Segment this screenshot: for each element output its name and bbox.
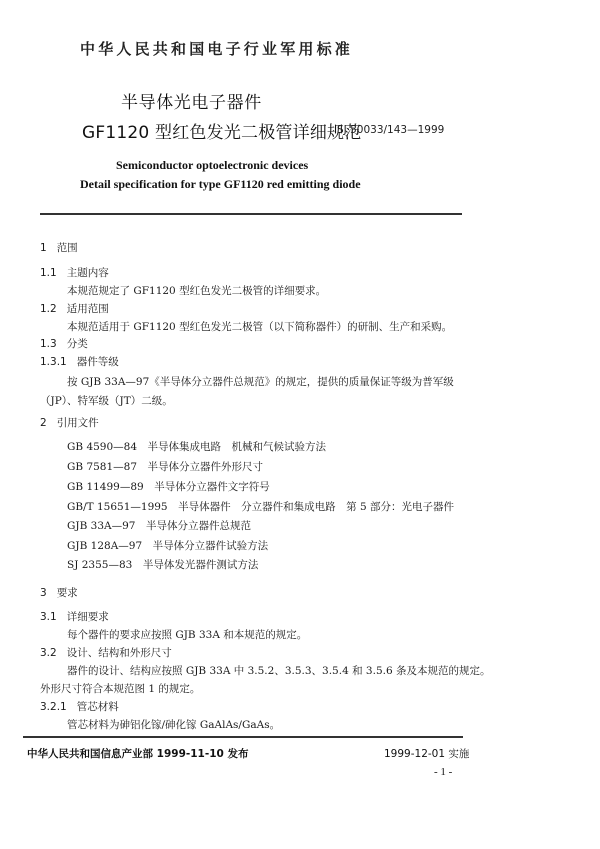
section-1-2-heading: 1.2适用范围 xyxy=(40,301,109,316)
standard-category-header: 中华人民共和国电子行业军用标准 xyxy=(80,38,353,59)
section-title: 管芯材料 xyxy=(77,701,119,713)
title-cn-line2: GF1120 型红色发光二极管详细规范 xyxy=(82,118,361,143)
section-3-2-heading: 3.2设计、结构和外形尺寸 xyxy=(40,645,172,660)
section-number: 1.1 xyxy=(40,267,57,279)
section-number: 3.1 xyxy=(40,611,57,623)
section-title: 主题内容 xyxy=(67,267,109,279)
section-3-heading: 3要求 xyxy=(40,585,78,600)
section-number: 3 xyxy=(40,587,47,599)
section-1-1-heading: 1.1主题内容 xyxy=(40,265,109,280)
section-title: 要求 xyxy=(57,587,78,599)
section-1-3-1-body-line2: （JP）、特军级（JT）二级。 xyxy=(40,393,173,408)
section-title: 范围 xyxy=(57,242,78,254)
reference-item: GB/T 15651—1995 半导体器件 分立器件和集成电路 第 5 部分：光… xyxy=(67,499,454,514)
title-en-line1: Semiconductor optoelectronic devices xyxy=(116,158,308,173)
issue-info: 中华人民共和国信息产业部 1999-11-10 发布 xyxy=(27,746,248,761)
reference-item: GJB 33A—97 半导体分立器件总规范 xyxy=(67,518,251,533)
section-2-heading: 2引用文件 xyxy=(40,415,99,430)
section-number: 1.2 xyxy=(40,303,57,315)
page-number: - 1 - xyxy=(434,766,452,778)
section-3-2-body-line1: 器件的设计、结构应按照 GJB 33A 中 3.5.2、3.5.3、3.5.4 … xyxy=(67,663,491,678)
section-1-heading: 1范围 xyxy=(40,240,78,255)
section-title: 分类 xyxy=(67,338,88,350)
reference-item: GJB 128A—97 半导体分立器件试验方法 xyxy=(67,538,268,553)
section-1-1-body: 本规范规定了 GF1120 型红色发光二极管的详细要求。 xyxy=(67,283,326,298)
section-number: 1.3 xyxy=(40,338,57,350)
section-title: 器件等级 xyxy=(77,356,119,368)
effective-date: 1999-12-01 实施 xyxy=(384,746,469,761)
section-1-3-1-body-line1: 按 GJB 33A—97《半导体分立器件总规范》的规定，提供的质量保证等级为普军… xyxy=(67,374,454,389)
reference-item: SJ 2355—83 半导体发光器件测试方法 xyxy=(67,557,258,572)
title-en-line2: Detail specification for type GF1120 red… xyxy=(80,177,361,192)
section-number: 3.2.1 xyxy=(40,701,67,713)
reference-item: GB 7581—87 半导体分立器件外形尺寸 xyxy=(67,459,263,474)
standard-number: SJ 50033/143—1999 xyxy=(337,124,444,136)
section-title: 引用文件 xyxy=(57,417,99,429)
title-divider xyxy=(40,213,462,215)
section-number: 3.2 xyxy=(40,647,57,659)
section-1-2-body: 本规范适用于 GF1120 型红色发光二极管（以下简称器件）的研制、生产和采购。 xyxy=(67,319,452,334)
footer-divider xyxy=(23,736,463,738)
section-number: 2 xyxy=(40,417,47,429)
section-title: 设计、结构和外形尺寸 xyxy=(67,647,172,659)
title-cn-line1: 半导体光电子器件 xyxy=(121,88,262,113)
section-1-3-heading: 1.3分类 xyxy=(40,336,88,351)
section-title: 详细要求 xyxy=(67,611,109,623)
reference-item: GB 4590—84 半导体集成电路 机械和气候试验方法 xyxy=(67,439,326,454)
section-number: 1.3.1 xyxy=(40,356,67,368)
section-3-2-body-line2: 外形尺寸符合本规范图 1 的规定。 xyxy=(40,681,200,696)
section-3-2-1-body: 管芯材料为砷铝化镓/砷化镓 GaAlAs/GaAs。 xyxy=(67,717,280,732)
section-1-3-1-heading: 1.3.1器件等级 xyxy=(40,354,119,369)
section-3-1-heading: 3.1详细要求 xyxy=(40,609,109,624)
section-number: 1 xyxy=(40,242,47,254)
section-title: 适用范围 xyxy=(67,303,109,315)
section-3-2-1-heading: 3.2.1管芯材料 xyxy=(40,699,119,714)
section-3-1-body: 每个器件的要求应按照 GJB 33A 和本规范的规定。 xyxy=(67,627,307,642)
reference-item: GB 11499—89 半导体分立器件文字符号 xyxy=(67,479,270,494)
